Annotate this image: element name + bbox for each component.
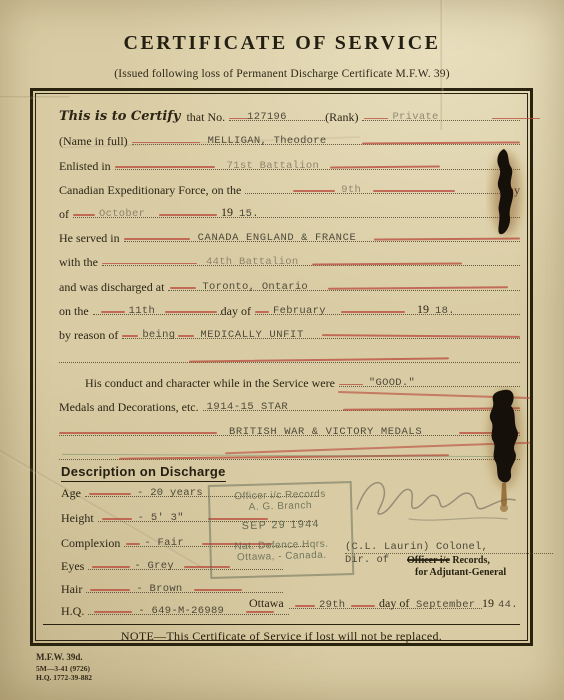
complexion-label: Complexion	[61, 535, 124, 551]
of-label: of	[59, 206, 73, 222]
red-ink-line	[92, 566, 130, 568]
enlisted-field: 71st Battalion	[115, 149, 520, 173]
red-ink-line	[194, 589, 242, 591]
issue-day-of-label: day of	[379, 596, 409, 611]
rank-value: Private	[392, 111, 438, 123]
enlist-month-value: October	[99, 208, 145, 220]
red-ink-line	[122, 335, 138, 337]
served-field: CANADA ENGLAND & FRANCE	[124, 222, 520, 246]
red-ink-line	[178, 335, 194, 337]
form-row-enlist-month: of October 19 15.	[59, 198, 520, 222]
red-ink-line	[59, 432, 217, 434]
records-office-stamp: Officer i/c Records A. G. Branch SEP 29 …	[208, 481, 355, 579]
form-code-block: M.F.W. 39d. 5M—3-41 (9726) H.Q. 1772-39-…	[36, 652, 92, 683]
rank-field: Private	[362, 101, 520, 125]
no-label: that No.	[186, 109, 229, 125]
discharge-month-value: February	[273, 305, 326, 317]
with-unit-field: 44th Battalion	[102, 246, 520, 270]
form-row-reason: by reason of being MEDICALLY UNFIT	[59, 319, 520, 343]
dotted-leader	[362, 120, 520, 121]
red-ink-line	[293, 190, 335, 192]
medals-value-2: BRITISH WAR & VICTORY MEDALS	[229, 426, 422, 438]
note-text: NOTE—This Certificate of Service if lost…	[33, 629, 530, 644]
certify-phrase: This is to Certify	[59, 109, 186, 125]
form-row-service-number: This is to Certify that No. 127196 (Rank…	[59, 101, 520, 125]
page-title: CERTIFICATE OF SERVICE	[0, 32, 564, 55]
complexion-value: - Fair	[144, 537, 184, 549]
struck-text: Officer i/c	[407, 555, 450, 566]
red-ink-line	[94, 611, 132, 613]
red-ink-line	[229, 118, 249, 120]
rank-label: (Rank)	[325, 109, 362, 125]
year-prefix: 19	[221, 205, 233, 220]
page-subtitle: (Issued following loss of Permanent Disc…	[0, 68, 564, 80]
name-field: MELLIGAN, Theodore	[132, 125, 520, 149]
note-divider	[43, 624, 520, 625]
discharge-day-value: 11th	[129, 305, 155, 317]
issue-date-line: Ottawa 29th day of September 19 44.	[249, 593, 528, 613]
records-text: Records,	[452, 555, 490, 566]
red-ink-line	[132, 142, 200, 144]
eyes-label: Eyes	[61, 558, 88, 574]
reason-value-2: MEDICALLY UNFIT	[200, 329, 304, 341]
form-code-1: M.F.W. 39d.	[36, 652, 92, 664]
signing-officer-name: (C.L. Laurin) Colonel,	[345, 541, 553, 553]
enlist-month-field: October 19 15.	[73, 198, 520, 222]
reason-value-1: being	[142, 329, 175, 341]
age-value: - 20 years	[137, 487, 203, 499]
enlist-year-value: 15.	[239, 208, 259, 220]
height-value: - 5' 3"	[138, 512, 184, 524]
form-row-with-unit: with the 44th Battalion	[59, 246, 520, 270]
form-code-3: H.Q. 1772-39-882	[36, 673, 92, 683]
certificate-document: CERTIFICATE OF SERVICE (Issued following…	[0, 0, 564, 700]
enlisted-label: Enlisted in	[59, 158, 115, 174]
stamp-date: SEP 29 1944	[211, 517, 351, 533]
cef-label: Canadian Expeditionary Force, on the	[59, 182, 245, 198]
form-row-conduct: His conduct and character while in the S…	[59, 367, 520, 391]
red-ink-line	[339, 384, 363, 386]
enlisted-value: 71st Battalion	[227, 160, 319, 172]
signing-officer-block: (C.L. Laurin) Colonel, Dir. of Officer i…	[345, 541, 553, 553]
red-ink-line	[341, 311, 405, 313]
form-row-blank	[59, 343, 520, 367]
red-ink-line	[373, 190, 455, 192]
for-adjutant-general: for Adjutant-General	[415, 567, 506, 578]
discharge-month-field: February 19 18.	[255, 295, 520, 319]
discharged-at-field: Toronto, Ontario	[168, 270, 520, 294]
dotted-leader	[102, 265, 520, 266]
burn-hole	[486, 146, 530, 249]
with-unit-value: 44th Battalion	[206, 256, 298, 268]
red-ink-line	[159, 214, 217, 216]
reason-label: by reason of	[59, 327, 122, 343]
red-ink-line	[102, 518, 132, 520]
enlist-day-field: 9th	[245, 174, 499, 198]
eyes-value: - Grey	[134, 560, 174, 572]
red-ink-line	[170, 287, 196, 289]
issue-day-value: 29th	[319, 599, 345, 611]
form-row-name: (Name in full) MELLIGAN, Theodore	[59, 125, 520, 149]
name-label: (Name in full)	[59, 133, 132, 149]
name-value: MELLIGAN, Theodore	[208, 135, 327, 147]
dotted-leader	[93, 314, 221, 315]
signing-officer-name-text: (C.L. Laurin) Colonel,	[345, 541, 488, 553]
day-of-label: day of	[221, 303, 255, 319]
served-label: He served in	[59, 230, 124, 246]
form-row-discharge-date: on the 11th day of February 19 18.	[59, 295, 520, 319]
red-ink-line	[255, 311, 269, 313]
certificate-border-box: This is to Certify that No. 127196 (Rank…	[30, 88, 533, 646]
red-ink-line	[102, 263, 197, 265]
red-ink-line	[295, 605, 315, 607]
conduct-label: His conduct and character while in the S…	[85, 375, 339, 391]
medals-2-field: BRITISH WAR & VICTORY MEDALS	[59, 415, 520, 439]
description-section: Description on Discharge Age - 20 years …	[61, 457, 522, 645]
blank-field	[59, 343, 520, 367]
discharged-at-value: Toronto, Ontario	[202, 281, 308, 293]
red-ink-line	[246, 611, 274, 613]
red-ink-line	[90, 589, 130, 591]
burn-hole	[480, 386, 532, 533]
form-row-enlisted: Enlisted in 71st Battalion	[59, 149, 520, 173]
red-ink-line	[492, 118, 540, 120]
hq-label: H.Q.	[61, 603, 88, 619]
height-label: Height	[61, 510, 98, 526]
red-ink-line	[126, 543, 140, 545]
dotted-leader	[122, 338, 520, 339]
red-ink-line	[89, 493, 131, 495]
discharge-year-value: 18.	[435, 305, 455, 317]
with-label: with the	[59, 254, 102, 270]
reason-field: being MEDICALLY UNFIT	[122, 319, 520, 343]
issue-year-prefix: 19	[482, 596, 494, 611]
burn-drip	[501, 483, 507, 507]
medals-label: Medals and Decorations, etc.	[59, 399, 203, 415]
on-the-label: on the	[59, 303, 93, 319]
dotted-leader	[245, 193, 499, 194]
conduct-value: "GOOD."	[369, 377, 415, 389]
red-ink-line	[364, 118, 388, 120]
records-title: Officer i/c Records,	[407, 555, 490, 566]
form-code-2: 5M—3-41 (9726)	[36, 664, 92, 674]
city-label: Ottawa	[249, 596, 284, 611]
form-rows: This is to Certify that No. 127196 (Rank…	[59, 101, 520, 464]
age-label: Age	[61, 485, 85, 501]
hair-label: Hair	[61, 581, 86, 597]
red-ink-line	[101, 311, 125, 313]
form-row-medals-2: BRITISH WAR & VICTORY MEDALS	[59, 415, 520, 439]
issue-month-value: September	[416, 599, 475, 611]
burn-drip-tip	[500, 504, 508, 512]
hair-value: - Brown	[136, 583, 182, 595]
form-row-discharged-at: and was discharged at Toronto, Ontario	[59, 270, 520, 294]
served-value: CANADA ENGLAND & FRANCE	[198, 232, 357, 244]
enlist-day-value: 9th	[341, 184, 361, 196]
red-ink-line	[351, 605, 375, 607]
service-number-value: 127196	[247, 111, 287, 123]
red-ink-line	[124, 238, 190, 240]
issue-year-value: 44.	[498, 599, 518, 611]
form-row-served: He served in CANADA ENGLAND & FRANCE	[59, 222, 520, 246]
red-ink-line	[165, 311, 217, 313]
red-ink-line	[115, 166, 215, 168]
dotted-leader	[59, 362, 520, 363]
medals-value-1: 1914-15 STAR	[207, 401, 289, 413]
discharge-day-field: 11th	[93, 295, 221, 319]
red-ink-line	[73, 214, 95, 216]
year-prefix: 19	[417, 302, 429, 317]
form-row-enlist-day: Canadian Expeditionary Force, on the 9th…	[59, 174, 520, 198]
hq-value: - 649-M-26989	[138, 605, 224, 617]
service-number-field: 127196	[229, 101, 325, 125]
discharged-label: and was discharged at	[59, 279, 168, 295]
